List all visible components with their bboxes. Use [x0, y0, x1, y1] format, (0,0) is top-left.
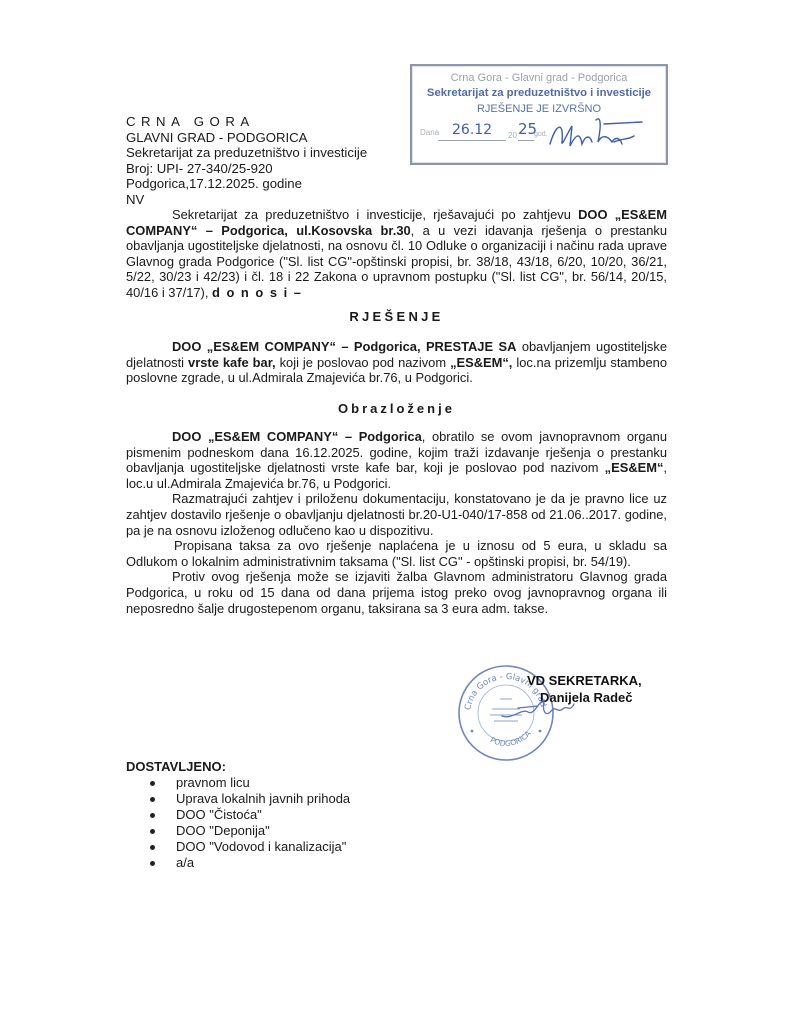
stamp-date-value: 26.12	[452, 122, 492, 138]
reasoning-paragraph-2: Razmatrajući zahtjev i priloženu dokumen…	[126, 491, 667, 538]
stamp-line-city: Crna Gora - Glavni grad - Podgorica	[412, 72, 666, 84]
reasoning-title: Obrazloženje	[126, 401, 667, 416]
list-item: pravnom licu	[150, 775, 350, 791]
executive-stamp: Crna Gora - Glavni grad - Podgorica Sekr…	[410, 64, 668, 165]
header-place-date: Podgorica,17.12.2025. godine	[126, 176, 367, 192]
header-city: GLAVNI GRAD - PODGORICA	[126, 130, 367, 146]
donosi-keyword: d o n o s i –	[212, 285, 302, 300]
reasoning-body: DOO „ES&EM COMPANY“ – Podgorica, obratil…	[126, 429, 667, 616]
svg-text:PODGORICA: PODGORICA	[489, 728, 533, 748]
distribution-list: DOSTAVLJENO: pravnom licu Uprava lokalni…	[126, 759, 350, 871]
reasoning-paragraph-3: Propisana taksa za ovo rješenje naplaćen…	[126, 538, 667, 569]
header-department: Sekretarijat za preduzetništvo i investi…	[126, 145, 367, 161]
reasoning-paragraph-1: DOO „ES&EM COMPANY“ – Podgorica, obratil…	[126, 429, 667, 491]
header-number: Broj: UPI- 27-340/25-920	[126, 161, 367, 177]
distribution-heading: DOSTAVLJENO:	[126, 759, 350, 774]
header-initials: NV	[126, 192, 367, 208]
bullet-icon	[150, 813, 155, 818]
signature-icon	[542, 112, 652, 154]
document-header: CRNA GORA GLAVNI GRAD - PODGORICA Sekret…	[126, 114, 367, 207]
bullet-icon	[150, 829, 155, 834]
bullet-icon	[150, 861, 155, 866]
bullet-icon	[150, 781, 155, 786]
bullet-icon	[150, 797, 155, 802]
reasoning-paragraph-4: Protiv ovog rješenja može se izjaviti ža…	[126, 569, 667, 616]
list-item: DOO "Čistoća"	[150, 807, 350, 823]
list-item: DOO "Vodovod i kanalizacija"	[150, 839, 350, 855]
stamp-line-department: Sekretarijat za preduzetništvo i investi…	[412, 87, 666, 99]
list-item: DOO "Deponija"	[150, 823, 350, 839]
stamp-year-prefix: 20	[508, 131, 517, 140]
stamp-date-underline	[438, 140, 506, 141]
signature-icon	[498, 694, 578, 728]
stamp-year-underline	[518, 140, 534, 141]
list-item: a/a	[150, 855, 350, 871]
intro-paragraph: Sekretarijat za preduzetništvo i investi…	[126, 207, 667, 301]
decision-title: RJEŠENJE	[126, 309, 667, 324]
header-country: CRNA GORA	[126, 114, 367, 130]
decision-paragraph: DOO „ES&EM COMPANY“ – Podgorica, PRESTAJ…	[126, 339, 667, 386]
bullet-icon	[150, 845, 155, 850]
stamp-dana-label: Dana	[420, 128, 439, 137]
list-item: Uprava lokalnih javnih prihoda	[150, 791, 350, 807]
signatory-title: VD SEKRETARKA,	[527, 672, 642, 689]
